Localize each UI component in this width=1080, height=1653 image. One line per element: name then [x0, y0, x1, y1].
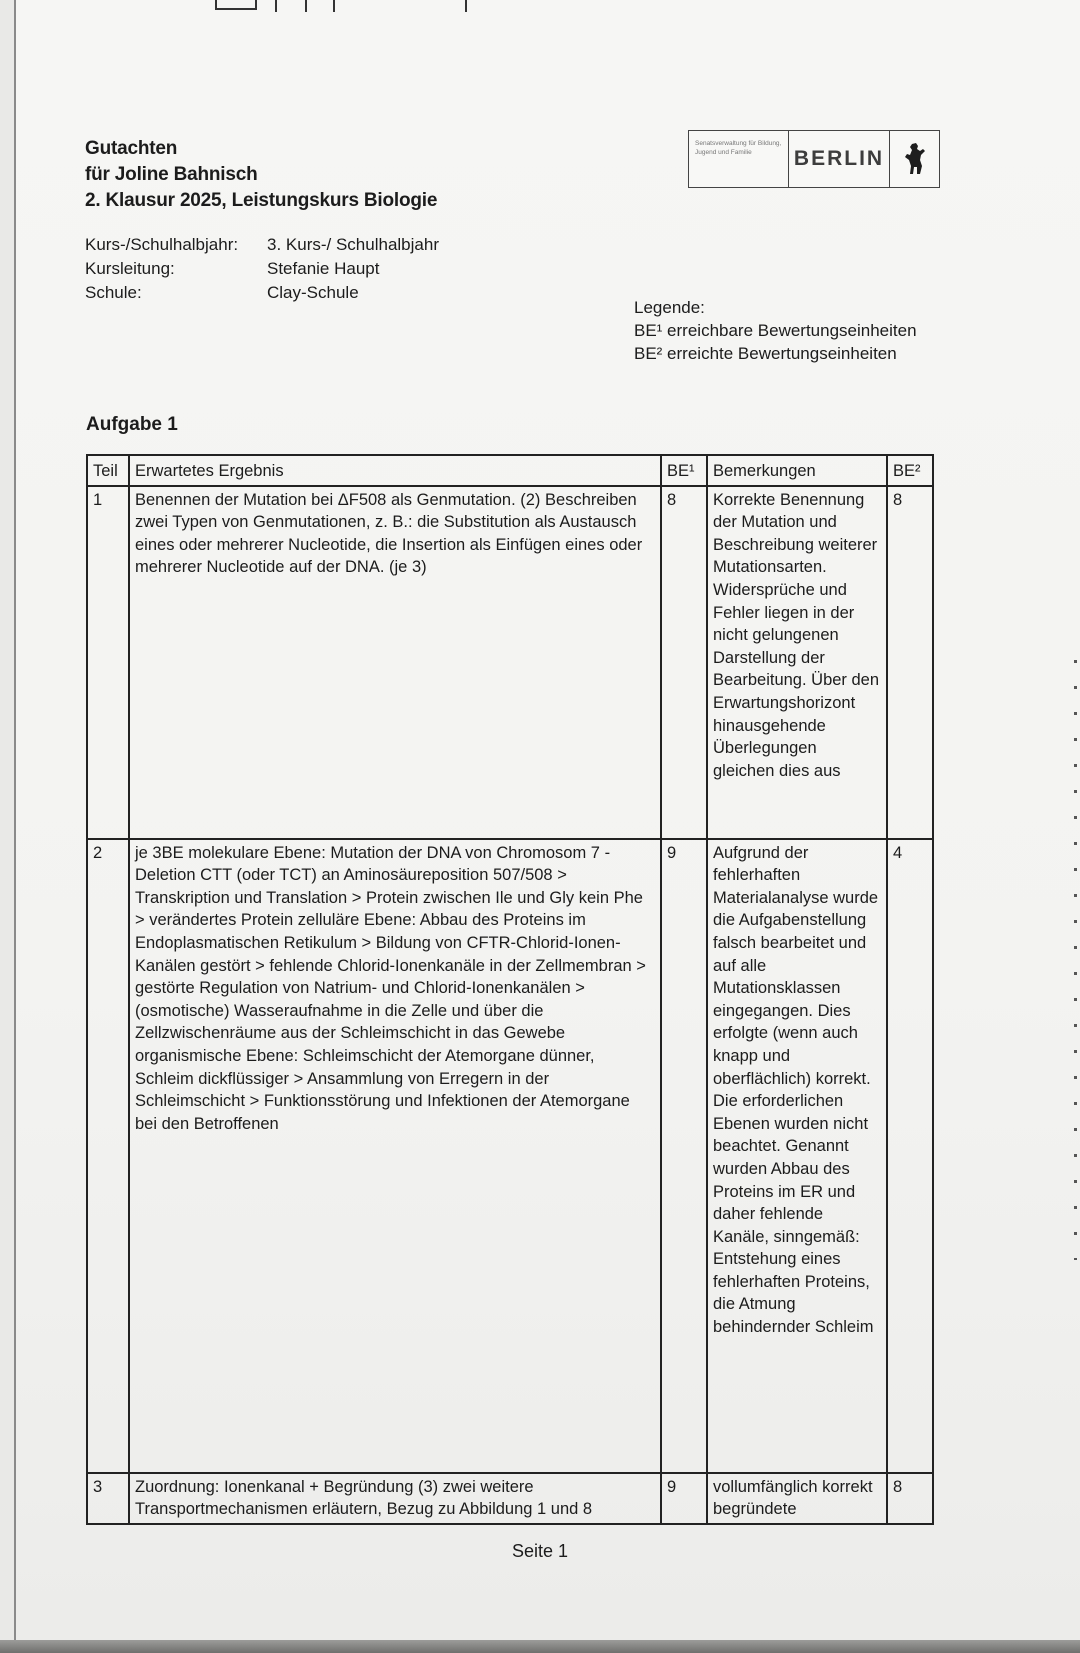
table-row: 3 Zuordnung: Ionenkanal + Begründung (3)… [87, 1473, 933, 1524]
header-erwartet: Erwartetes Ergebnis [129, 455, 661, 486]
cell-teil: 1 [87, 486, 129, 839]
meta-row: Kursleitung: Stefanie Haupt [85, 257, 439, 281]
legend-item: BE¹ erreichbare Bewertungseinheiten [634, 319, 917, 342]
table-row: 1 Benennen der Mutation bei ΔF508 als Ge… [87, 486, 933, 839]
cell-be1: 8 [661, 486, 707, 839]
cell-bemerkung: vollumfänglich korrekt begründete [707, 1473, 887, 1524]
table-row: 2 je 3BE molekulare Ebene: Mutation der … [87, 839, 933, 1473]
table-header-row: Teil Erwartetes Ergebnis BE¹ Bemerkungen… [87, 455, 933, 486]
meta-value: Stefanie Haupt [267, 257, 379, 281]
meta-row: Schule: Clay-Schule [85, 281, 439, 305]
cell-be1: 9 [661, 839, 707, 1473]
cell-erwartet: je 3BE molekulare Ebene: Mutation der DN… [129, 839, 661, 1473]
meta-label: Kursleitung: [85, 257, 267, 281]
cell-be1: 9 [661, 1473, 707, 1524]
section-title: Aufgabe 1 [86, 414, 178, 436]
header-title: Gutachten [85, 136, 437, 162]
meta-value: 3. Kurs-/ Schulhalbjahr [267, 233, 439, 257]
margin-dashed-line [1074, 660, 1077, 1260]
cell-be2: 8 [887, 486, 933, 839]
header-exam: 2. Klausur 2025, Leistungskurs Biologie [85, 188, 437, 214]
cell-teil: 3 [87, 1473, 129, 1524]
header-student: für Joline Bahnisch [85, 162, 437, 188]
page-number: Seite 1 [0, 1541, 1080, 1562]
cell-erwartet: Benennen der Mutation bei ΔF508 als Genm… [129, 486, 661, 839]
cell-bemerkung: Aufgrund der fehlerhaften Materialanalys… [707, 839, 887, 1473]
header-bemerkungen: Bemerkungen [707, 455, 887, 486]
berlin-logo: Senatsverwaltung für Bildung, Jugend und… [688, 130, 940, 188]
cell-be2: 4 [887, 839, 933, 1473]
header-teil: Teil [87, 455, 129, 486]
cell-erwartet: Zuordnung: Ionenkanal + Begründung (3) z… [129, 1473, 661, 1524]
meta-row: Kurs-/Schulhalbjahr: 3. Kurs-/ Schulhalb… [85, 233, 439, 257]
meta-value: Clay-Schule [267, 281, 359, 305]
cell-be2: 8 [887, 1473, 933, 1524]
berlin-bear-icon [890, 131, 939, 187]
meta-label: Kurs-/Schulhalbjahr: [85, 233, 267, 257]
legend: Legende: BE¹ erreichbare Bewertungseinhe… [634, 296, 917, 365]
header-be2: BE² [887, 455, 933, 486]
cell-bemerkung: Korrekte Benennung der Mutation und Besc… [707, 486, 887, 839]
legend-title: Legende: [634, 296, 917, 319]
grading-table: Teil Erwartetes Ergebnis BE¹ Bemerkungen… [86, 454, 934, 1525]
city-name: BERLIN [789, 131, 890, 187]
cell-teil: 2 [87, 839, 129, 1473]
margin-side-text [0, 250, 10, 450]
document-header: Gutachten für Joline Bahnisch 2. Klausur… [85, 136, 437, 214]
authority-text: Senatsverwaltung für Bildung, Jugend und… [689, 131, 789, 187]
legend-item: BE² erreichte Bewertungseinheiten [634, 342, 917, 365]
course-meta: Kurs-/Schulhalbjahr: 3. Kurs-/ Schulhalb… [85, 233, 439, 305]
page-edge-shadow [0, 1640, 1080, 1653]
header-be1: BE¹ [661, 455, 707, 486]
meta-label: Schule: [85, 281, 267, 305]
punch-marks [215, 0, 475, 14]
